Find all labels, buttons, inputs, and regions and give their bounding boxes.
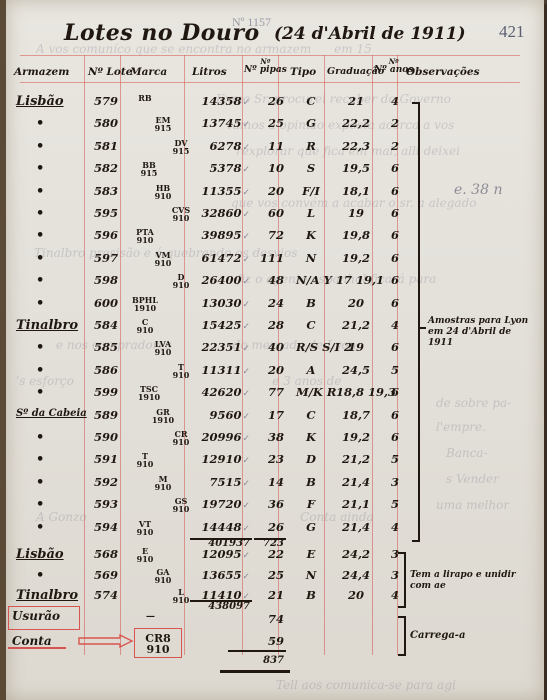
cell-pipas: 26 <box>252 520 284 534</box>
cell-pipas: 48 <box>252 273 284 287</box>
ledger-row: • 583 HB 910 11355✓ 20 F/I 18,1 6 <box>6 184 544 206</box>
check-mark-icon: ✓ <box>242 572 250 582</box>
cell-lote: 591 <box>94 452 118 466</box>
cell-armazem: • <box>36 363 44 378</box>
cell-lote: 598 <box>94 273 118 287</box>
ledger-row: • 569 GA 910 13655✓ 25 N 24,4 3 <box>6 568 544 590</box>
cell-litros: 39895✓ <box>198 228 250 242</box>
ledger-row: • 580 EM 915 13745✓ 25 G 22,2 2 <box>6 116 544 138</box>
ledger-row: • 595 CVS 910 32860✓ 60 L 19 6 <box>6 206 544 228</box>
cell-marca: HB 910 <box>148 184 178 200</box>
cell-pipas: 11 <box>252 139 284 153</box>
cell-litros: 15425✓ <box>198 318 250 332</box>
ledger-row: • 599 TSC 1910 42620✓ 77 M/K R 18,8 19,3… <box>6 385 544 407</box>
check-mark-icon: ✓ <box>242 322 250 332</box>
cell-marca: T 910 <box>130 452 160 468</box>
cell-marca: C 910 <box>130 318 160 334</box>
cell-anos: 2 <box>386 116 404 130</box>
cell-tipo: B <box>296 475 326 489</box>
cell-marca: E 910 <box>130 547 160 563</box>
cell-graduacao: 19,2 <box>336 251 376 265</box>
total-double-rule <box>220 670 290 673</box>
cell-lote: 583 <box>94 184 118 198</box>
cell-graduacao: 21,1 <box>336 497 376 511</box>
cell-tipo: A <box>296 363 326 377</box>
header-armazem: Armazem <box>14 66 69 78</box>
ledger-row: • 592 M 910 7515✓ 14 B 21,4 3 <box>6 475 544 497</box>
cell-armazem: • <box>36 251 44 266</box>
cell-litros: 7515✓ <box>198 475 250 489</box>
cell-marca: GS 910 <box>166 497 196 513</box>
cell-anos: 4 <box>386 520 404 534</box>
cell-pipas: 72 <box>252 228 284 242</box>
cell-litros: 12910✓ <box>198 452 250 466</box>
cell-tipo: G <box>296 520 326 534</box>
cell-pipas: 21 <box>252 588 284 602</box>
cell-anos: 5 <box>386 497 404 511</box>
cell-anos: 4 <box>386 94 404 108</box>
cell-anos: 6 <box>386 385 404 399</box>
cell-graduacao: 19,8 <box>336 228 376 242</box>
cell-lote: 582 <box>94 161 118 175</box>
cell-armazem: • <box>36 161 44 176</box>
cell-pipas: 10 <box>252 161 284 175</box>
ledger-row: • 590 CR 910 20996✓ 38 K 19,2 6 <box>6 430 544 452</box>
cell-anos: 5 <box>386 452 404 466</box>
sum-rule <box>228 650 286 652</box>
check-mark-icon: ✓ <box>242 524 250 534</box>
cell-lote: 595 <box>94 206 118 220</box>
observation-brace <box>398 616 406 618</box>
cell-anos: 3 <box>386 568 404 582</box>
header-observacoes: Observações <box>406 66 480 78</box>
cell-tipo: F/I <box>296 184 326 198</box>
cell-graduacao: 20 <box>336 588 376 602</box>
ledger-row: Lisbão 579 RB 14358✓ 26 C 21 4 <box>6 94 544 116</box>
cell-pipas: 20 <box>252 184 284 198</box>
cell-litros: 11355✓ <box>198 184 250 198</box>
cell-armazem: • <box>36 475 44 490</box>
cell-armazem: • <box>36 452 44 467</box>
cell-marca: CVS 910 <box>166 206 196 222</box>
cell-armazem: • <box>36 430 44 445</box>
cell-lote: 593 <box>94 497 118 511</box>
check-mark-icon: ✓ <box>242 456 250 466</box>
cell-litros: 9560✓ <box>198 408 250 422</box>
cell-litros: 19720✓ <box>198 497 250 511</box>
ledger-row: • 591 T 910 12910✓ 23 D 21,2 5 <box>6 452 544 474</box>
cell-marca: BPHL 1910 <box>130 296 160 312</box>
ledger-row: Sº da Cabeia 589 GR 1910 9560✓ 17 C 18,7… <box>6 408 544 430</box>
cell-tipo: M/K R <box>296 385 326 399</box>
ledger-row: Tinalbro 574 L 910 11410✓ 21 B 20 4 <box>6 588 544 610</box>
cell-lote: 590 <box>94 430 118 444</box>
cell-armazem: • <box>36 206 44 221</box>
ledger-row: • 593 GS 910 19720✓ 36 F 21,1 5 <box>6 497 544 519</box>
ledger-row: Lisbão 568 E 910 12095✓ 22 E 24,2 3 <box>6 547 544 569</box>
cell-marca: M 910 <box>148 475 178 491</box>
cell-marca: LVA 910 <box>148 340 178 356</box>
ledger-row: • 586 T 910 11311✓ 20 A 24,5 5 <box>6 363 544 385</box>
cell-lote: 569 <box>94 568 118 582</box>
cell-litros: 20996✓ <box>198 430 250 444</box>
cell-marca: BB 915 <box>134 161 164 177</box>
cell-armazem: • <box>36 116 44 131</box>
cell-graduacao: 21,2 <box>336 318 376 332</box>
cell-anos: 6 <box>386 251 404 265</box>
cell-litros: 26400✓ <box>198 273 250 287</box>
cell-graduacao: 19 <box>336 340 376 354</box>
cell-tipo: C <box>296 94 326 108</box>
cell-armazem: Lisbão <box>16 94 64 109</box>
cell-armazem: Lisbão <box>16 547 64 562</box>
cell-armazem: Tinalbro <box>16 318 78 333</box>
check-mark-icon: ✓ <box>242 389 250 399</box>
cell-graduacao: 18,8 19,3 <box>336 385 376 399</box>
cell-lote: 592 <box>94 475 118 489</box>
cell-tipo: K <box>296 430 326 444</box>
cell-anos: 6 <box>386 430 404 444</box>
cell-armazem: • <box>36 568 44 583</box>
bleed-through-text: Tell aos comunica-se para agi <box>276 678 456 692</box>
cell-armazem: Sº da Cabeia <box>16 408 87 419</box>
cell-tipo: R <box>296 139 326 153</box>
cell-lote: 586 <box>94 363 118 377</box>
cell-marca: GR 1910 <box>148 408 178 424</box>
cell-marca: VM 910 <box>148 251 178 267</box>
header-marca: Marca <box>130 66 167 78</box>
cell-pipas: 23 <box>252 452 284 466</box>
cell-armazem: • <box>36 385 44 400</box>
cell-anos: 5 <box>386 363 404 377</box>
cell-marca: L 910 <box>166 588 196 604</box>
observation-brace <box>398 654 406 656</box>
cell-litros: 13655✓ <box>198 568 250 582</box>
summary-total-pipas: 837 <box>252 655 284 666</box>
cell-litros: 12095✓ <box>198 547 250 561</box>
cell-pipas: 38 <box>252 430 284 444</box>
cell-anos: 4 <box>386 318 404 332</box>
cell-anos: 4 <box>386 588 404 602</box>
summary-armazem-usurao: Usurão <box>12 609 60 623</box>
ledger-row: • 585 LVA 910 22351✓ 40 R/S S/I 2 19 6 <box>6 340 544 362</box>
cell-lote: 594 <box>94 520 118 534</box>
summary-marca-usurao: — <box>146 612 155 622</box>
check-mark-icon: ✓ <box>242 479 250 489</box>
cell-graduacao: 18,1 <box>336 184 376 198</box>
cell-tipo: F <box>296 497 326 511</box>
cell-graduacao: 22,2 <box>336 116 376 130</box>
cell-graduacao: 24,4 <box>336 568 376 582</box>
check-mark-icon: ✓ <box>242 255 250 265</box>
cell-litros: 13745✓ <box>198 116 250 130</box>
cell-pipas: 20 <box>252 363 284 377</box>
cell-anos: 6 <box>386 206 404 220</box>
cell-armazem: • <box>36 139 44 154</box>
cell-tipo: R/S S/I 2 <box>296 340 326 354</box>
cell-armazem: • <box>36 296 44 311</box>
cell-tipo: B <box>296 296 326 310</box>
cell-litros: 14358✓ <box>198 94 250 108</box>
cell-graduacao: 21,4 <box>336 475 376 489</box>
cell-litros: 61472✓ <box>198 251 250 265</box>
cell-tipo: S <box>296 161 326 175</box>
cell-litros: 13030✓ <box>198 296 250 310</box>
cell-armazem: • <box>36 184 44 199</box>
cell-anos: 6 <box>386 273 404 287</box>
cell-lote: 599 <box>94 385 118 399</box>
check-mark-icon: ✓ <box>242 412 250 422</box>
cell-lote: 597 <box>94 251 118 265</box>
cell-armazem: • <box>36 520 44 535</box>
cell-pipas: 26 <box>252 94 284 108</box>
cell-anos: 6 <box>386 228 404 242</box>
cell-pipas: 14 <box>252 475 284 489</box>
summary-armazem-conta: Conta <box>12 634 52 648</box>
cell-lote: 580 <box>94 116 118 130</box>
cell-litros: 11410✓ <box>198 588 250 602</box>
check-mark-icon: ✓ <box>242 120 250 130</box>
cell-tipo: N/A Y <box>296 273 326 287</box>
cell-lote: 574 <box>94 588 118 602</box>
cell-pipas: 111 <box>252 251 284 265</box>
ruling-horizontal <box>20 82 520 83</box>
cell-anos: 2 <box>386 139 404 153</box>
cell-tipo: C <box>296 408 326 422</box>
cell-lote: 579 <box>94 94 118 108</box>
cell-pipas: 77 <box>252 385 284 399</box>
cell-graduacao: 21,2 <box>336 452 376 466</box>
cell-marca: VT 910 <box>130 520 160 536</box>
cell-litros: 14448✓ <box>198 520 250 534</box>
cell-graduacao: 17 19,1 <box>336 273 376 287</box>
cell-litros: 22351✓ <box>198 340 250 354</box>
cell-graduacao: 19,5 <box>336 161 376 175</box>
cell-armazem: Tinalbro <box>16 588 78 603</box>
page-number: 421 <box>499 22 525 42</box>
cell-litros: 5378✓ <box>198 161 250 175</box>
cell-lote: 584 <box>94 318 118 332</box>
cell-armazem: • <box>36 497 44 512</box>
ledger-row: • 594 VT 910 14448✓ 26 G 21,4 4 <box>6 520 544 542</box>
check-mark-icon: ✓ <box>242 344 250 354</box>
cell-marca: GA 910 <box>148 568 178 584</box>
cell-anos: 6 <box>386 340 404 354</box>
cell-graduacao: 24,2 <box>336 547 376 561</box>
cell-anos: 3 <box>386 475 404 489</box>
summary-pipas-usurao: 74 <box>252 612 284 626</box>
cell-lote: 600 <box>94 296 118 310</box>
cell-graduacao: 21,4 <box>336 520 376 534</box>
check-mark-icon: ✓ <box>242 188 250 198</box>
cell-tipo: D <box>296 452 326 466</box>
cell-tipo: K <box>296 228 326 242</box>
cell-marca: TSC 1910 <box>134 385 164 401</box>
cell-armazem: • <box>36 228 44 243</box>
ledger-row: • 597 VM 910 61472✓ 111 N 19,2 6 <box>6 251 544 273</box>
cell-lote: 581 <box>94 139 118 153</box>
ledger-row: • 600 BPHL 1910 13030✓ 24 B 20 6 <box>6 296 544 318</box>
page-date: (24 d'Abril de 1911) <box>274 24 466 44</box>
cell-anos: 6 <box>386 184 404 198</box>
cell-armazem: • <box>36 273 44 288</box>
ruling-horizontal <box>20 55 520 56</box>
cell-anos: 6 <box>386 408 404 422</box>
ledger-row: • 596 PTA 910 39895✓ 72 K 19,8 6 <box>6 228 544 250</box>
cell-pipas: 22 <box>252 547 284 561</box>
cell-tipo: E <box>296 547 326 561</box>
cell-anos: 6 <box>386 161 404 175</box>
cell-tipo: L <box>296 206 326 220</box>
cell-pipas: 25 <box>252 116 284 130</box>
cell-tipo: G <box>296 116 326 130</box>
cell-marca: CR 910 <box>166 430 196 446</box>
cell-marca: EM 915 <box>148 116 178 132</box>
check-mark-icon: ✓ <box>242 551 250 561</box>
check-mark-icon: ✓ <box>242 300 250 310</box>
ledger-page: A vos comuníco que se encontra no armaze… <box>6 0 544 700</box>
cell-tipo: C <box>296 318 326 332</box>
cell-pipas: 17 <box>252 408 284 422</box>
cell-tipo: N <box>296 251 326 265</box>
summary-pipas-conta: 59 <box>252 634 284 648</box>
cell-marca: T 910 <box>166 363 196 379</box>
cell-litros: 11311✓ <box>198 363 250 377</box>
cell-tipo: B <box>296 588 326 602</box>
ledger-row: • 582 BB 915 5378✓ 10 S 19,5 6 <box>6 161 544 183</box>
check-mark-icon: ✓ <box>242 143 250 153</box>
check-mark-icon: ✓ <box>242 210 250 220</box>
summary-marca-conta: CR8 910 <box>140 633 176 655</box>
cell-lote: 585 <box>94 340 118 354</box>
cell-anos: 6 <box>386 296 404 310</box>
cell-graduacao: 19 <box>336 206 376 220</box>
cell-litros: 32860✓ <box>198 206 250 220</box>
page-title: Lotes no Douro <box>64 20 260 46</box>
cell-marca: PTA 910 <box>130 228 160 244</box>
cell-tipo: N <box>296 568 326 582</box>
check-mark-icon: ✓ <box>242 592 250 602</box>
check-mark-icon: ✓ <box>242 232 250 242</box>
ledger-row: Tinalbro 584 C 910 15425✓ 28 C 21,2 4 <box>6 318 544 340</box>
check-mark-icon: ✓ <box>242 98 250 108</box>
check-mark-icon: ✓ <box>242 277 250 287</box>
cell-litros: 42620✓ <box>198 385 250 399</box>
check-mark-icon: ✓ <box>242 367 250 377</box>
cell-pipas: 40 <box>252 340 284 354</box>
cell-lote: 589 <box>94 408 118 422</box>
observation-note-3: Carrega-a <box>410 630 465 641</box>
cell-pipas: 60 <box>252 206 284 220</box>
cell-graduacao: 24,5 <box>336 363 376 377</box>
cell-graduacao: 19,2 <box>336 430 376 444</box>
cell-graduacao: 18,7 <box>336 408 376 422</box>
cell-pipas: 36 <box>252 497 284 511</box>
cell-anos: 3 <box>386 547 404 561</box>
check-mark-icon: ✓ <box>242 434 250 444</box>
ledger-row: • 598 D 910 26400✓ 48 N/A Y 17 19,1 6 <box>6 273 544 295</box>
ledger-row: • 581 DV 915 6278✓ 11 R 22,3 2 <box>6 139 544 161</box>
cell-graduacao: 20 <box>336 296 376 310</box>
header-tipo: Tipo <box>290 66 316 78</box>
highlight-arrow-icon <box>78 634 134 648</box>
header-lote: Nº Lote <box>88 66 132 78</box>
check-mark-icon: ✓ <box>242 501 250 511</box>
cell-marca: DV 915 <box>166 139 196 155</box>
header-pipas: Nº Nº pipas <box>244 58 287 75</box>
cell-pipas: 28 <box>252 318 284 332</box>
cell-graduacao: 21 <box>336 94 376 108</box>
cell-marca: RB <box>130 94 160 102</box>
cell-lote: 596 <box>94 228 118 242</box>
header-litros: Litros <box>192 66 227 78</box>
cell-pipas: 25 <box>252 568 284 582</box>
cell-marca: D 910 <box>166 273 196 289</box>
cell-lote: 568 <box>94 547 118 561</box>
cell-litros: 6278✓ <box>198 139 250 153</box>
cell-armazem: • <box>36 340 44 355</box>
highlight-underline-conta <box>8 647 66 649</box>
cell-graduacao: 22,3 <box>336 139 376 153</box>
check-mark-icon: ✓ <box>242 165 250 175</box>
cell-pipas: 24 <box>252 296 284 310</box>
observation-brace <box>404 616 406 656</box>
